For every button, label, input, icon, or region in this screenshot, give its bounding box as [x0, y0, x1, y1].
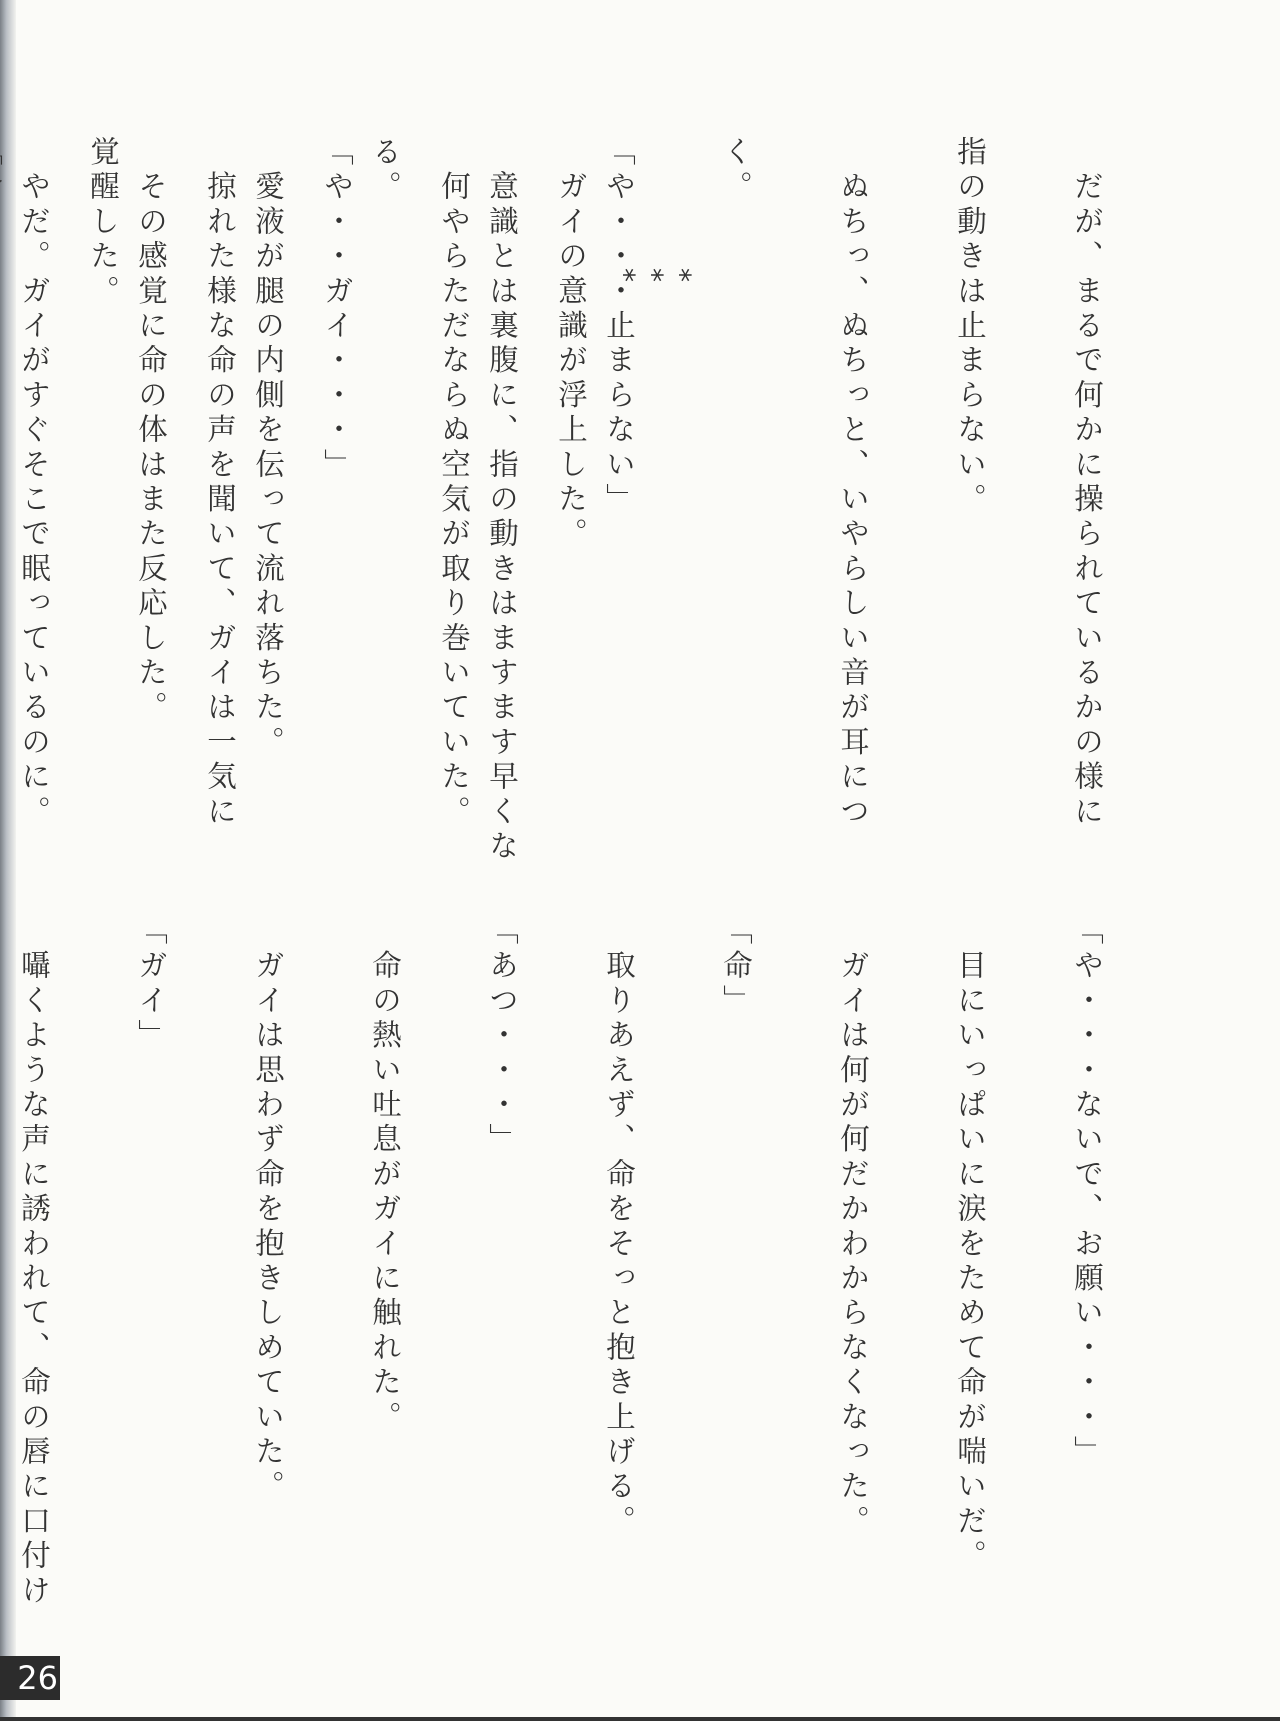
text-line: ガイは思わず命を抱きしめていた。: [248, 915, 287, 1555]
bottom-border: [0, 1717, 1280, 1721]
text-line: 「や・・ガイ・・・」: [317, 136, 356, 776]
text-line: 「ガイ」: [131, 915, 170, 1555]
top-text-block-b: ガイの意識が浮上した。 何やらただならぬ空気が取り巻いていた。 「や・・ガイ・・…: [0, 136, 668, 776]
text-line: ガイは何が何だかわからなくなった。: [833, 915, 872, 1555]
text-line: だが、まるで何かに操られているかの様に: [1067, 136, 1106, 776]
text-line: 命の熱い吐息がガイに触れた。: [365, 915, 404, 1555]
text-line: 指の動きは止まらない。: [950, 136, 989, 776]
text-line: 何やらただならぬ空気が取り巻いていた。: [434, 136, 473, 776]
text-line: く。: [716, 136, 755, 776]
bottom-text-block: 「や・・・ないで、お願い・・・」 目にいっぱいに涙をためて命が喘いだ。 ガイは何…: [0, 915, 1184, 1555]
text-line: 目にいっぱいに涙をためて命が喘いだ。: [950, 915, 989, 1555]
text-line: 「命！」: [0, 136, 5, 776]
text-line: 掠れた様な命の声を聞いて、ガイは一気に: [200, 136, 239, 776]
page-number: 26: [0, 1656, 60, 1700]
text-line: 囁くような声に誘われて、命の唇に口付け: [14, 915, 53, 1555]
text-line: ガイの意識が浮上した。: [551, 136, 590, 776]
text-line: 「や・・・ないで、お願い・・・」: [1067, 915, 1106, 1555]
text-line: 「あつ・・・」: [482, 915, 521, 1555]
text-line: 「命」: [716, 915, 755, 1555]
text-line: 覚醒した。: [83, 136, 122, 776]
text-line: ぬちっ、ぬちっと、いやらしい音が耳につ: [833, 136, 872, 776]
section-break-star: *: [666, 268, 694, 396]
text-line: 取りあえず、命をそっと抱き上げる。: [599, 915, 638, 1555]
